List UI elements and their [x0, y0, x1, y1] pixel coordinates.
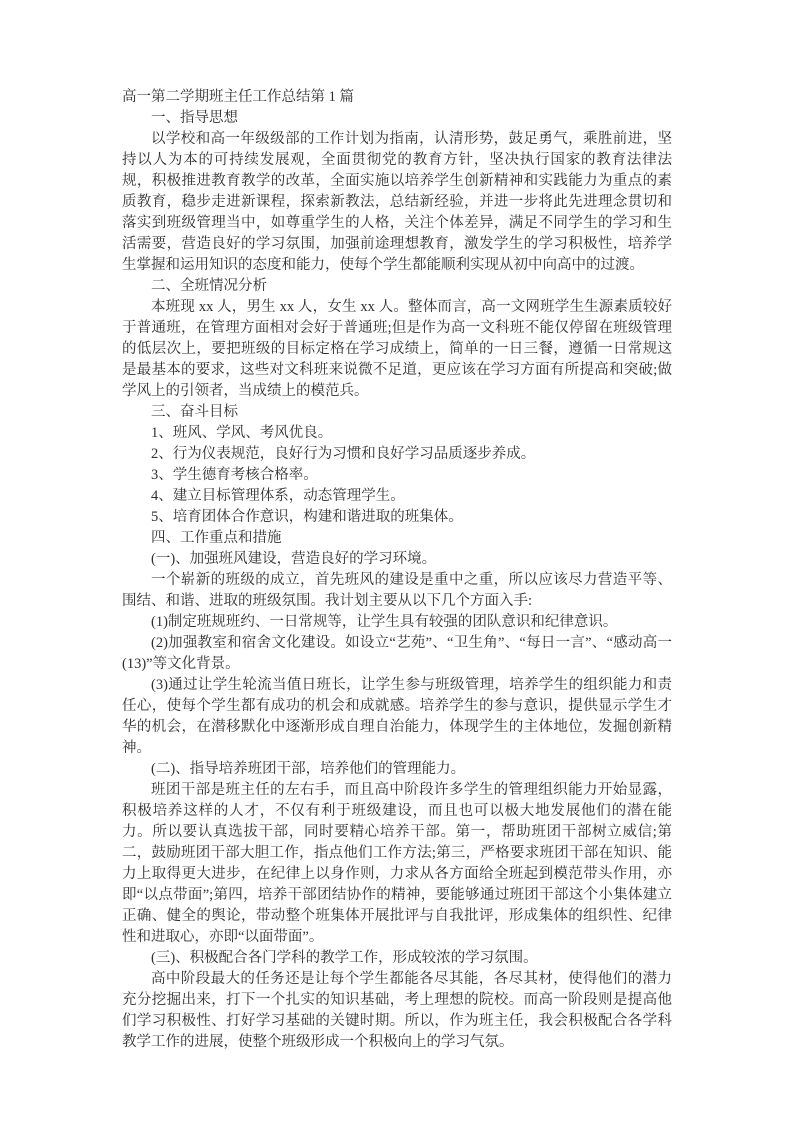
- list-item: (2)加强教室和宿舍文化建设。如设立“艺苑”、“卫生角”、“每日一言”、“感动高…: [122, 633, 672, 675]
- paragraph: 班团干部是班主任的左右手，而且高中阶段许多学生的管理组织能力开始显露，积极培养这…: [122, 780, 672, 948]
- subsection-heading: (一)、加强班风建设，营造良好的学习环境。: [122, 549, 672, 570]
- section-heading: 一、指导思想: [122, 108, 672, 129]
- subsection-heading: (三)、积极配合各门学科的教学工作，形成较浓的学习氛围。: [122, 948, 672, 969]
- paragraph: 以学校和高一年级级部的工作计划为指南，认清形势，鼓足勇气，乘胜前进，坚持以人为本…: [122, 129, 672, 276]
- section-heading: 二、全班情况分析: [122, 276, 672, 297]
- list-item: 4、建立目标管理体系，动态管理学生。: [122, 486, 672, 507]
- list-item: 5、培育团体合作意识，构建和谐进取的班集体。: [122, 507, 672, 528]
- paragraph: 高中阶段最大的任务还是让每个学生都能各尽其能，各尽其材，使得他们的潜力充分挖掘出…: [122, 969, 672, 1053]
- list-item: (1)制定班规班约、一日常规等，让学生具有较强的团队意识和纪律意识。: [122, 612, 672, 633]
- list-item: 2、行为仪表规范，良好行为习惯和良好学习品质逐步养成。: [122, 444, 672, 465]
- list-item: 1、班风、学风、考风优良。: [122, 423, 672, 444]
- section-heading: 四、工作重点和措施: [122, 528, 672, 549]
- document-body: 高一第二学期班主任工作总结第 1 篇 一、指导思想以学校和高一年级级部的工作计划…: [122, 87, 672, 1053]
- section-heading: 三、奋斗目标: [122, 402, 672, 423]
- paragraph: 本班现 xx 人，男生 xx 人，女生 xx 人。整体而言，高一文网班学生生源素…: [122, 297, 672, 402]
- subsection-heading: (二)、指导培养班团干部，培养他们的管理能力。: [122, 759, 672, 780]
- document-page: 高一第二学期班主任工作总结第 1 篇 一、指导思想以学校和高一年级级部的工作计划…: [0, 0, 793, 1122]
- list-item: 3、学生德育考核合格率。: [122, 465, 672, 486]
- paragraph: 一个崭新的班级的成立，首先班风的建设是重中之重，所以应该尽力营造平等、围结、和谐…: [122, 570, 672, 612]
- list-item: (3)通过让学生轮流当值日班长，让学生参与班级管理，培养学生的组织能力和责任心，…: [122, 675, 672, 759]
- document-title: 高一第二学期班主任工作总结第 1 篇: [122, 87, 672, 108]
